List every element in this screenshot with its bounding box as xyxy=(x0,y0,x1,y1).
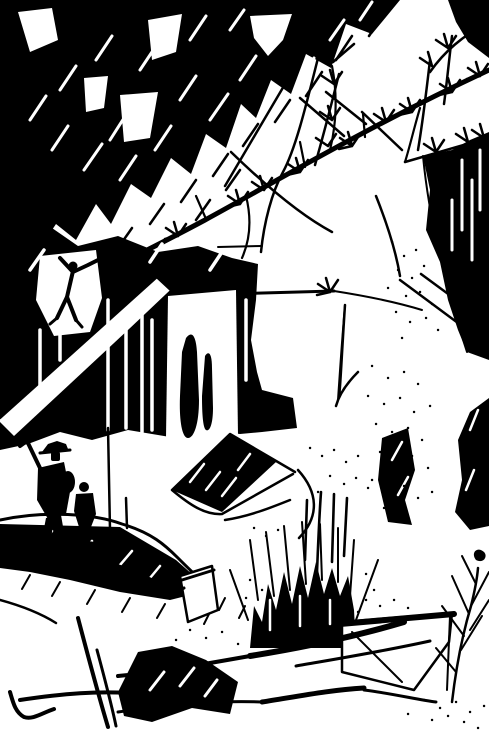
hiker2-head xyxy=(79,482,89,492)
illustration-page xyxy=(0,0,489,733)
hiker-rucksack xyxy=(61,471,75,493)
white-column xyxy=(166,290,238,438)
hiker-head xyxy=(51,452,60,461)
ink-illustration xyxy=(0,0,489,733)
